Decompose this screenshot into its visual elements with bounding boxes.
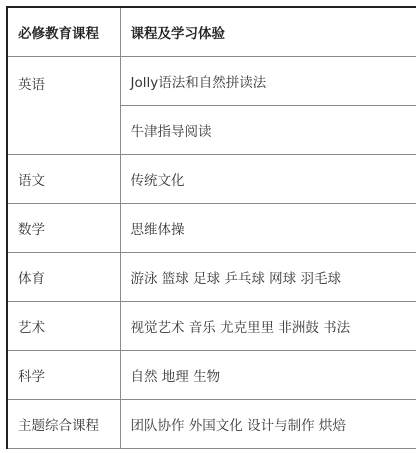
- table-row: 语文 传统文化: [7, 155, 416, 204]
- header-courses-experience: 课程及学习体验: [120, 7, 416, 57]
- subject-cell: 英语: [7, 57, 120, 155]
- subject-cell: 体育: [7, 253, 120, 302]
- table-row: 数学 思维体操: [7, 204, 416, 253]
- course-cell: 思维体操: [120, 204, 416, 253]
- course-cell: 牛津指导阅读: [120, 106, 416, 155]
- course-cell: 团队协作 外国文化 设计与制作 烘焙: [120, 400, 416, 449]
- table-row: 艺术 视觉艺术 音乐 尤克里里 非洲鼓 书法: [7, 302, 416, 351]
- subject-cell: 语文: [7, 155, 120, 204]
- table-row: 英语 Jolly语法和自然拼读法: [7, 57, 416, 106]
- subject-cell: 数学: [7, 204, 120, 253]
- course-cell: Jolly语法和自然拼读法: [120, 57, 416, 106]
- subject-cell: 科学: [7, 351, 120, 400]
- table-row: 主题综合课程 团队协作 外国文化 设计与制作 烘焙: [7, 400, 416, 449]
- curriculum-table: 必修教育课程 课程及学习体验 英语 Jolly语法和自然拼读法 牛津指导阅读 语…: [6, 6, 416, 449]
- course-cell: 传统文化: [120, 155, 416, 204]
- table-row: 科学 自然 地理 生物: [7, 351, 416, 400]
- table-header-row: 必修教育课程 课程及学习体验: [7, 7, 416, 57]
- table-row: 体育 游泳 篮球 足球 乒乓球 网球 羽毛球: [7, 253, 416, 302]
- course-cell: 游泳 篮球 足球 乒乓球 网球 羽毛球: [120, 253, 416, 302]
- course-cell: 视觉艺术 音乐 尤克里里 非洲鼓 书法: [120, 302, 416, 351]
- course-cell: 自然 地理 生物: [120, 351, 416, 400]
- header-required-courses: 必修教育课程: [7, 7, 120, 57]
- subject-cell: 艺术: [7, 302, 120, 351]
- curriculum-table-container: 必修教育课程 课程及学习体验 英语 Jolly语法和自然拼读法 牛津指导阅读 语…: [6, 6, 416, 449]
- subject-cell: 主题综合课程: [7, 400, 120, 449]
